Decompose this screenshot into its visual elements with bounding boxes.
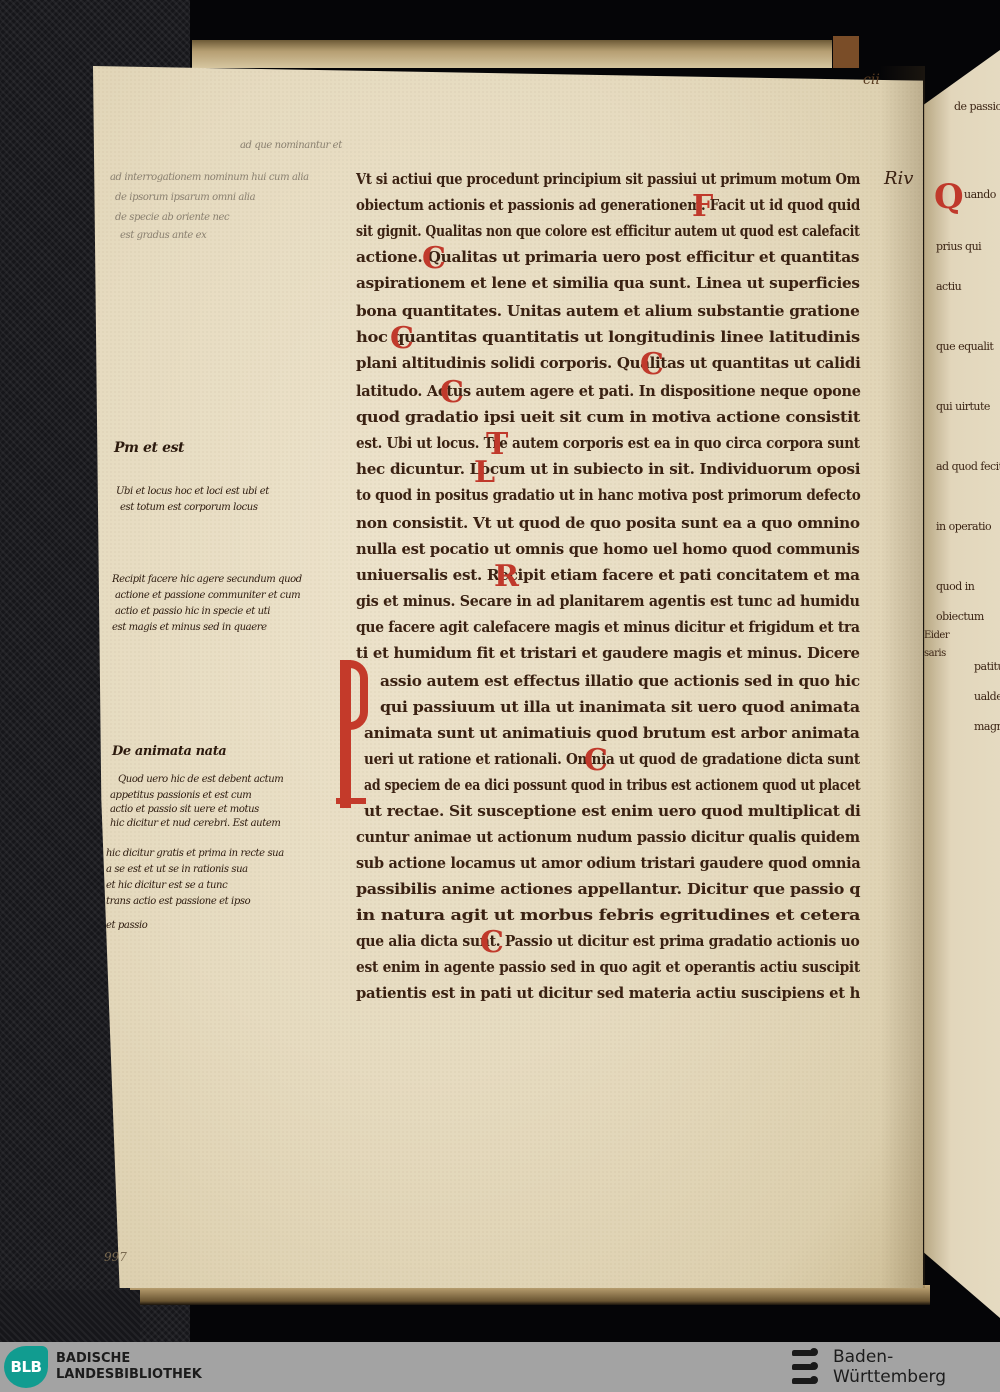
facing-page-line: patitur [974,660,1000,661]
text-line: quod gradatio ipsi ueit sit cum in motiv… [356,408,860,426]
facing-page-line: que equalit [936,340,993,341]
margin-heading: De animata nata [112,744,226,759]
text-line: animata sunt ut animatiuis quod brutum e… [364,724,860,742]
gutter-shadow [880,66,925,1288]
red-initial: R [494,562,519,592]
pencil-shelfmark: 997 [104,1250,127,1264]
baden-wuerttemberg-logo[interactable]: Baden-Württemberg [790,1348,1000,1386]
text-line: ut rectae. Sit susceptione est enim uero… [364,802,861,820]
text-line: gis et minus. Secare in ad planitarem ag… [356,592,860,610]
margin-note-line: trans actio est passione et ipso [106,896,250,907]
facing-page-line: ualde [974,690,1000,691]
facing-page-line: obiectum [936,610,984,611]
red-initial: F [692,192,713,222]
text-line: ueri ut ratione et rationali. Omnia ut q… [364,750,860,768]
text-line: patientis est in pati ut dicitur sed mat… [356,984,860,1002]
background-cloth-bottom [0,1290,140,1342]
margin-note-line: hic dicitur et nud cerebri. Est autem [110,818,280,829]
three-lions-icon [790,1348,821,1386]
margin-note-faint: de specie ab oriente nec [115,212,229,223]
margin-note-faint: ad que nominantur et [240,140,342,151]
facing-page-line: actiu [936,280,961,281]
margin-note-line: actio et passio hic in specie et uti [115,606,270,617]
back-board-bottom-edge [130,1285,930,1305]
red-initial: C [480,928,504,958]
text-line: qui passiuum ut illa ut inanimata sit ue… [380,698,860,716]
blb-logo[interactable]: BLB [4,1346,48,1388]
text-line: ad speciem de ea dici possunt quod in tr… [364,776,860,794]
facing-page-line: de passione fui [954,100,1000,101]
margin-note-line: actio et passio sit uere et motus [110,804,259,815]
text-line: que alia dicta sunt. Passio ut dicitur e… [356,932,859,950]
facing-page-initial: Q [934,180,964,214]
text-line: assio autem est effectus illatio que act… [380,672,860,690]
red-initial: C [640,350,664,380]
text-line: que facere agit calefacere magis et minu… [356,618,860,636]
decorated-initial-p [336,660,366,808]
margin-note-line: Ubi et locus hoc et loci est ubi et [116,486,269,497]
text-line: in natura agit ut morbus febris egritudi… [356,906,860,924]
marginal-mark: Riv [884,168,913,189]
text-line: latitudo. Actus autem agere et pati. In … [356,382,861,400]
margin-note-faint: est gradus ante ex [120,230,206,241]
margin-note-faint: ad interrogationem nominum hui cum alia [110,172,309,183]
red-initial: C [440,378,464,408]
text-line: non consistit. Vt ut quod de quo posita … [356,514,860,532]
text-line: to quod in positus gradatio ut in hanc m… [356,486,860,504]
text-line: aspirationem et lene et similia qua sunt… [356,274,860,292]
facing-page-line: Eider [924,630,949,631]
back-board-top-edge [192,40,832,68]
margin-note-line: est magis et minus sed in quaere [112,622,267,633]
text-line: cuntur animae ut actionum nudum passio d… [356,828,860,846]
margin-note-line: Quod uero hic de est debent actum [118,774,283,785]
text-line: obiectum actionis et passionis ad genera… [356,196,860,214]
library-name-line2: LANDESBIBLIOTHEK [56,1367,202,1383]
footer-bar: BLB BADISCHE LANDESBIBLIOTHEK Baden-Würt… [0,1342,1000,1392]
text-line: sub actione locamus ut amor odium trista… [356,854,860,872]
margin-note-line: hic dicitur gratis et prima in recte sua [106,848,284,859]
margin-heading: Pm et est [114,440,184,456]
folio-number: cii [863,72,880,88]
text-line: nulla est pocatio ut omnis que homo uel … [356,540,860,558]
manuscript-viewer[interactable]: de passione fui Q uando prius qui actiu … [0,0,1000,1342]
text-line: est. Ubi ut locus. Tre autem corporis es… [356,434,860,452]
margin-note-faint: de ipsorum ipsarum omni alia [115,192,255,203]
text-line: bona quantitates. Unitas autem et alium … [356,302,860,320]
text-line: sit gignit. Qualitas non que colore est … [356,222,860,240]
red-initial: C [422,244,446,274]
text-line: passibilis anime actiones appellantur. D… [356,880,860,898]
red-initial: C [390,324,414,354]
facing-page-line: ad quod fecit [936,460,1000,461]
facing-page: de passione fui Q uando prius qui actiu … [924,40,1000,1330]
facing-page-line: qui uirtute [936,400,990,401]
text-line: est enim in agente passio sed in quo agi… [356,958,860,976]
margin-note-line: et passio [106,920,147,931]
state-name: Baden-Württemberg [833,1347,1000,1387]
blb-logo-text: BLB [11,1358,42,1376]
text-line: hoc quantitas quantitatis ut longitudini… [356,328,860,346]
red-initial: C [584,746,608,776]
binding-strap [833,36,859,68]
facing-page-line: magna [974,720,1000,721]
text-line: hec dicuntur. Locum ut in subiecto in si… [356,460,860,478]
margin-note-line: appetitus passionis et est cum [110,790,251,801]
text-line: Vt si actiui que procedunt principium si… [356,170,860,188]
red-initial: L [474,458,495,488]
margin-note-line: a se est et ut se in rationis sua [106,864,248,875]
facing-page-line: uando [964,188,996,189]
margin-note-line: actione et passione communiter et cum [115,590,300,601]
margin-note-line: et hic dicitur est se a tunc [106,880,227,891]
margin-note-line: Recipit facere hic agere secundum quod [112,574,302,585]
text-line: ti et humidum fit et tristari et gaudere… [356,644,860,662]
facing-page-line: quod in [936,580,974,581]
facing-page-line: prius qui [936,240,981,241]
margin-note-line: est totum est corporum locus [120,502,258,513]
text-line: uniuersalis est. Recipit etiam facere et… [356,566,860,584]
facing-page-line: saris [924,648,946,649]
library-name[interactable]: BADISCHE LANDESBIBLIOTHEK [56,1351,202,1383]
text-line: plani altitudinis solidi corporis. Quali… [356,354,860,372]
facing-page-line: in operatio [936,520,991,521]
library-name-line1: BADISCHE [56,1351,202,1367]
